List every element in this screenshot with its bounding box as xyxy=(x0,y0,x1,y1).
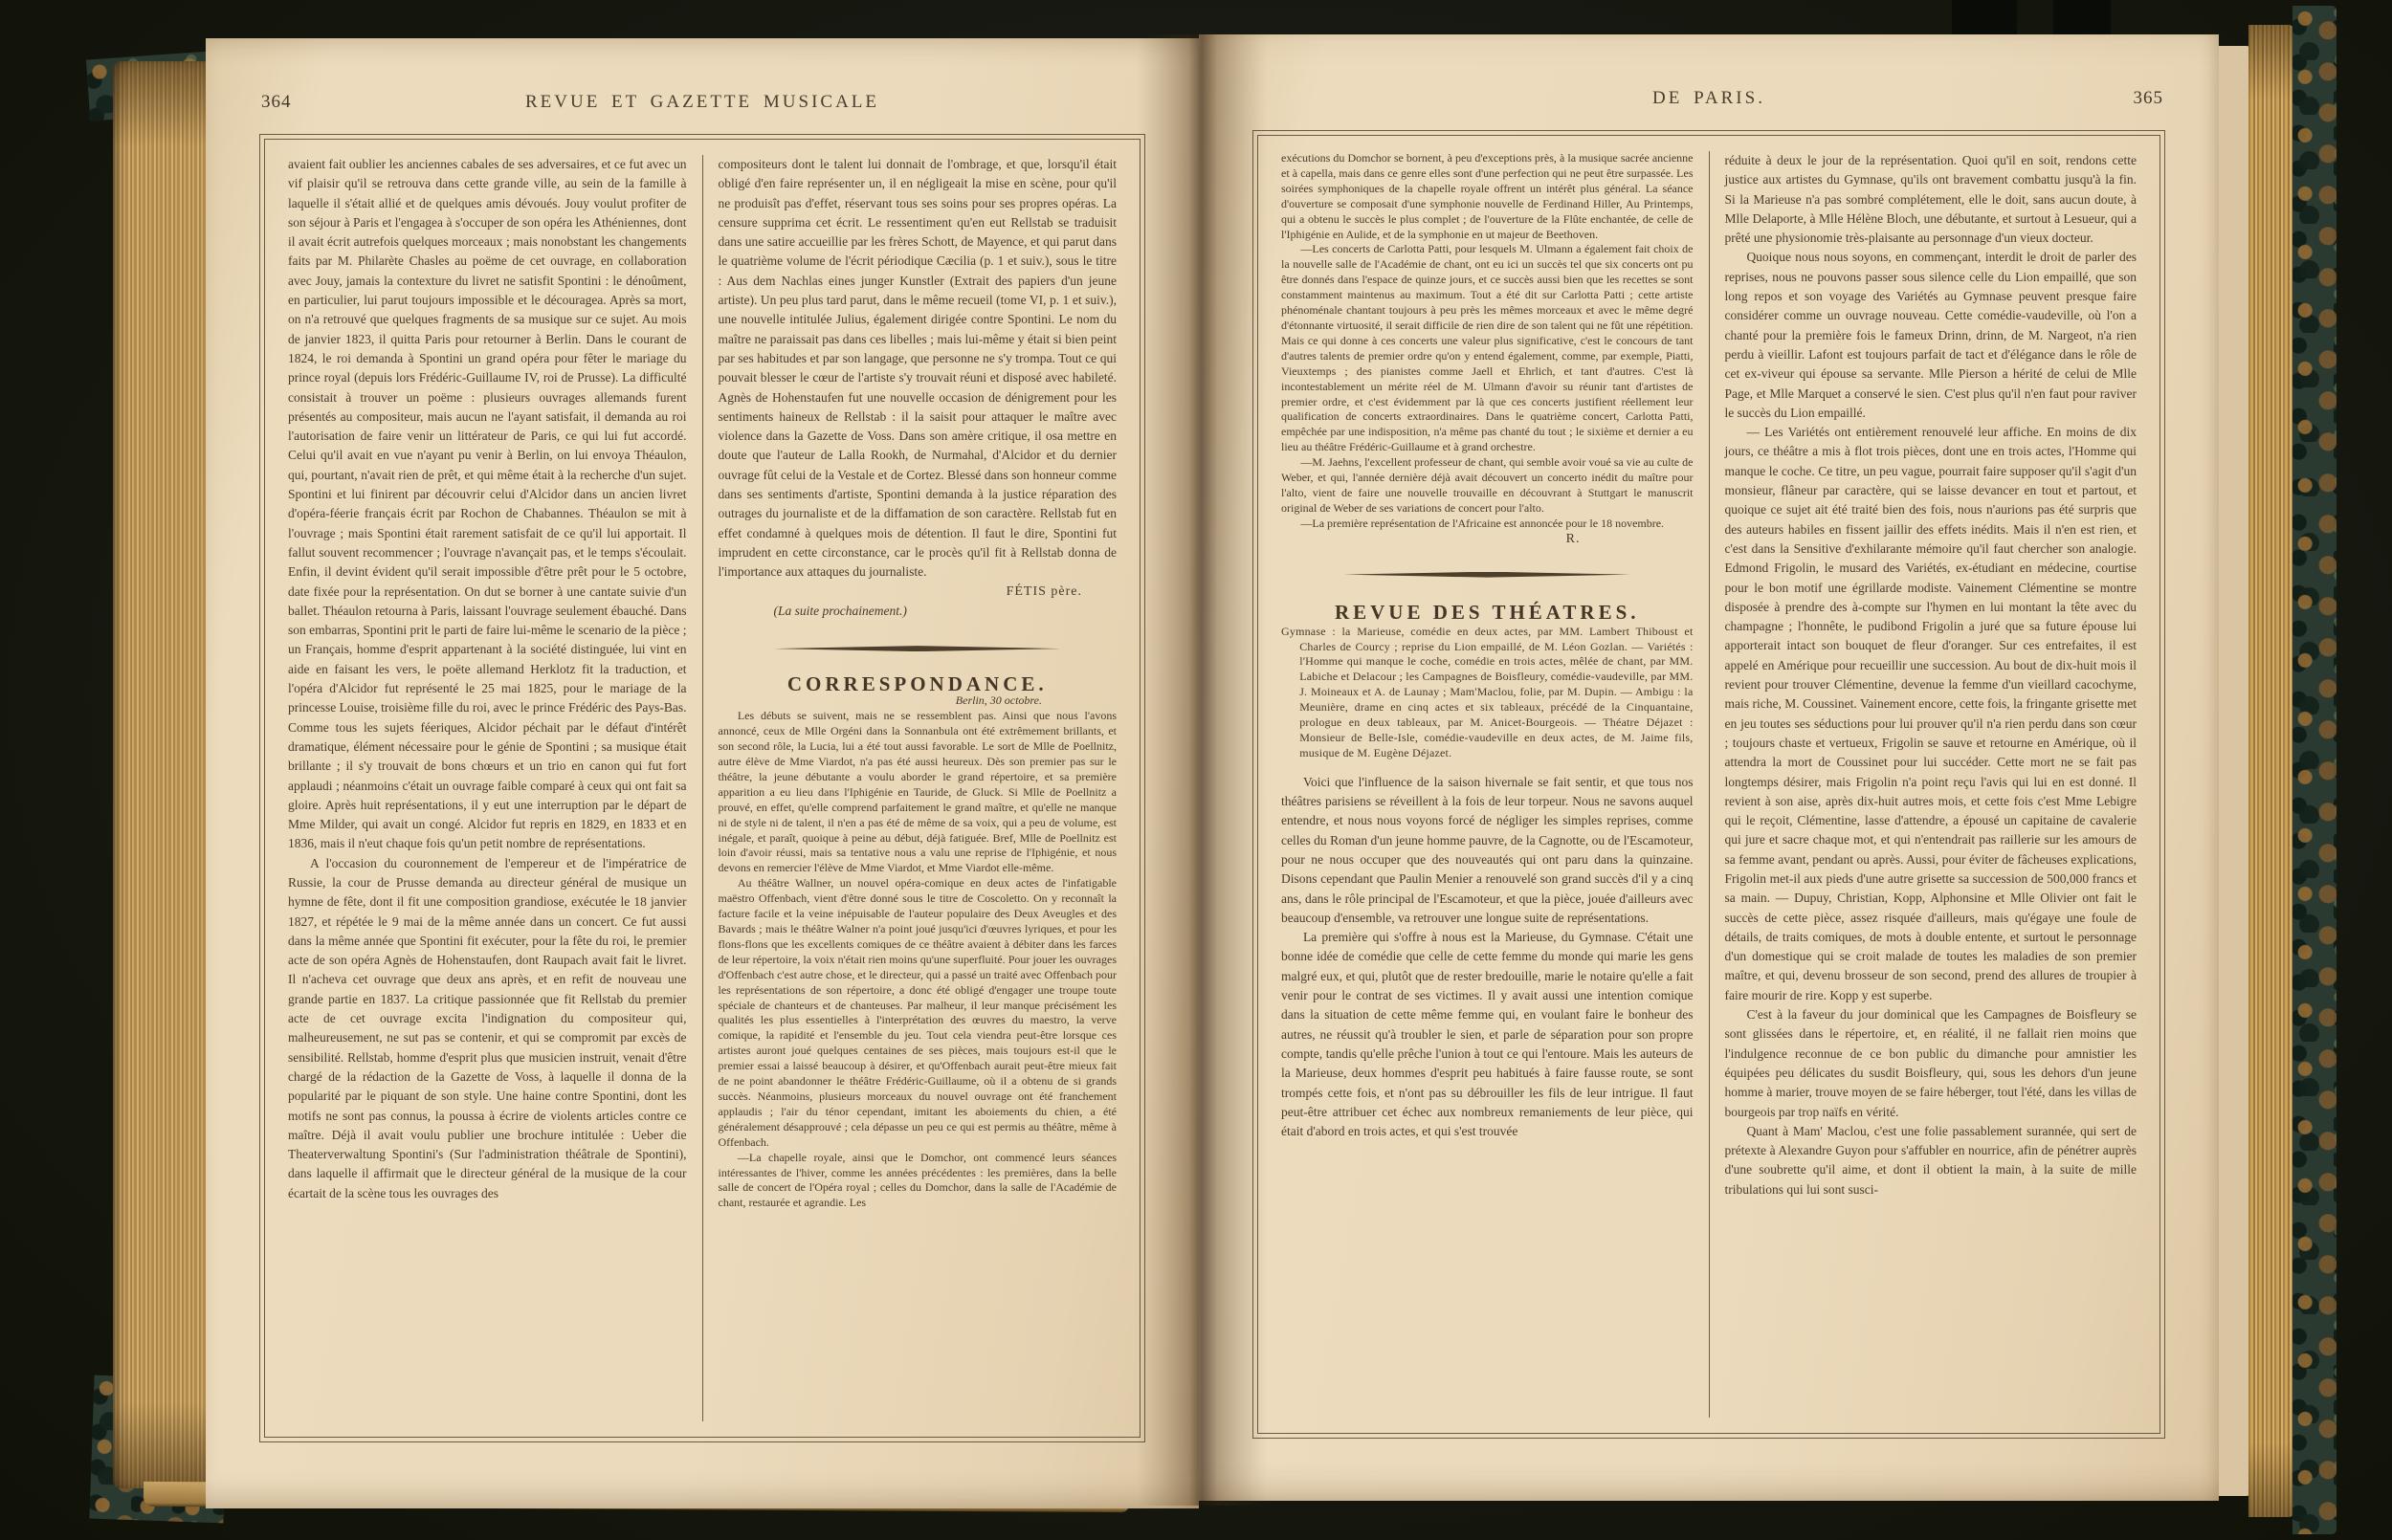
body-paragraph: réduite à deux le jour de la représentat… xyxy=(1725,151,2137,248)
running-title-left: REVUE ET GAZETTE MUSICALE xyxy=(259,86,1145,113)
theatre-listing: Gymnase : la Marieuse, comédie en deux a… xyxy=(1281,625,1694,761)
body-paragraph: —Les concerts de Carlotta Patti, pour le… xyxy=(1281,242,1694,455)
body-paragraph: Quant à Mam' Maclou, c'est une folie pas… xyxy=(1725,1122,2137,1199)
page-border-frame-right: exécutions du Domchor se bornent, à peu … xyxy=(1252,130,2165,1439)
right-page: 365 DE PARIS. exécutions du Domchor se b… xyxy=(1199,34,2219,1501)
right-page-column-2: réduite à deux le jour de la représentat… xyxy=(1710,151,2153,1418)
page-border-frame-left: avaient fait oublier les anciennes cabal… xyxy=(259,134,1145,1442)
body-paragraph: —La chapelle royale, ainsi que le Domcho… xyxy=(719,1151,1118,1212)
article-signature-fetis: FÉTIS père. xyxy=(719,583,1118,602)
spacer xyxy=(1281,761,1694,773)
body-paragraph: Quoique nous nous soyons, en commençant,… xyxy=(1725,248,2137,423)
section-heading-revue-des-theatres: REVUE DES THÉATRES. xyxy=(1281,601,1694,625)
section-divider xyxy=(1343,572,1630,578)
page-fore-edge-left xyxy=(113,61,209,1488)
left-page-column-1: avaient fait oublier les anciennes cabal… xyxy=(273,155,702,1421)
body-paragraph: Les débuts se suivent, mais ne se ressem… xyxy=(719,709,1118,876)
section-heading-correspondance: CORRESPONDANCE. xyxy=(719,674,1118,693)
article-signature-r: R. xyxy=(1281,532,1694,547)
page-border-frame-inner-right: exécutions du Domchor se bornent, à peu … xyxy=(1257,135,2160,1434)
body-paragraph: C'est à la faveur du jour dominical que … xyxy=(1725,1005,2137,1122)
body-paragraph: —M. Jaehns, l'excellent professeur de ch… xyxy=(1281,455,1694,517)
right-page-column-1: exécutions du Domchor se bornent, à peu … xyxy=(1266,151,1709,1418)
continuation-note: (La suite prochainement.) xyxy=(719,602,1118,621)
page-number-left: 364 xyxy=(261,92,292,113)
body-paragraph: Voici que l'influence de la saison hiver… xyxy=(1281,773,1694,928)
page-number-right: 365 xyxy=(2134,88,2164,109)
running-title-right: DE PARIS. xyxy=(1252,82,2165,109)
book-photo: 364 REVUE ET GAZETTE MUSICALE avaient fa… xyxy=(0,0,2392,1540)
body-paragraph: —La première représentation de l'Africai… xyxy=(1281,517,1694,532)
left-page-header: 364 REVUE ET GAZETTE MUSICALE xyxy=(259,86,1145,126)
body-paragraph: compositeurs dont le talent lui donnait … xyxy=(719,155,1118,583)
page-border-frame-inner-left: avaient fait oublier les anciennes cabal… xyxy=(264,139,1141,1438)
body-paragraph: — Les Variétés ont entièrement renouvelé… xyxy=(1725,423,2137,1005)
body-paragraph: La première qui s'offre à nous est la Ma… xyxy=(1281,928,1694,1141)
left-page-column-2: compositeurs dont le talent lui donnait … xyxy=(703,155,1133,1421)
marbled-cover-edge-right xyxy=(2292,6,2337,1534)
right-page-header: 365 DE PARIS. xyxy=(1252,82,2165,122)
body-paragraph: Au théâtre Wallner, un nouvel opéra-comi… xyxy=(719,876,1118,1150)
dateline-berlin: Berlin, 30 octobre. xyxy=(719,693,1118,709)
section-divider xyxy=(774,646,1061,651)
body-paragraph: avaient fait oublier les anciennes cabal… xyxy=(288,155,687,854)
body-paragraph: exécutions du Domchor se bornent, à peu … xyxy=(1281,151,1694,242)
left-page: 364 REVUE ET GAZETTE MUSICALE avaient fa… xyxy=(206,38,1199,1508)
top-clamp-right xyxy=(2053,0,2111,38)
page-fore-edge-right xyxy=(2248,25,2294,1517)
body-paragraph: A l'occasion du couronnement de l'empere… xyxy=(288,854,687,1203)
page-under-strip-right xyxy=(2218,46,2250,1496)
